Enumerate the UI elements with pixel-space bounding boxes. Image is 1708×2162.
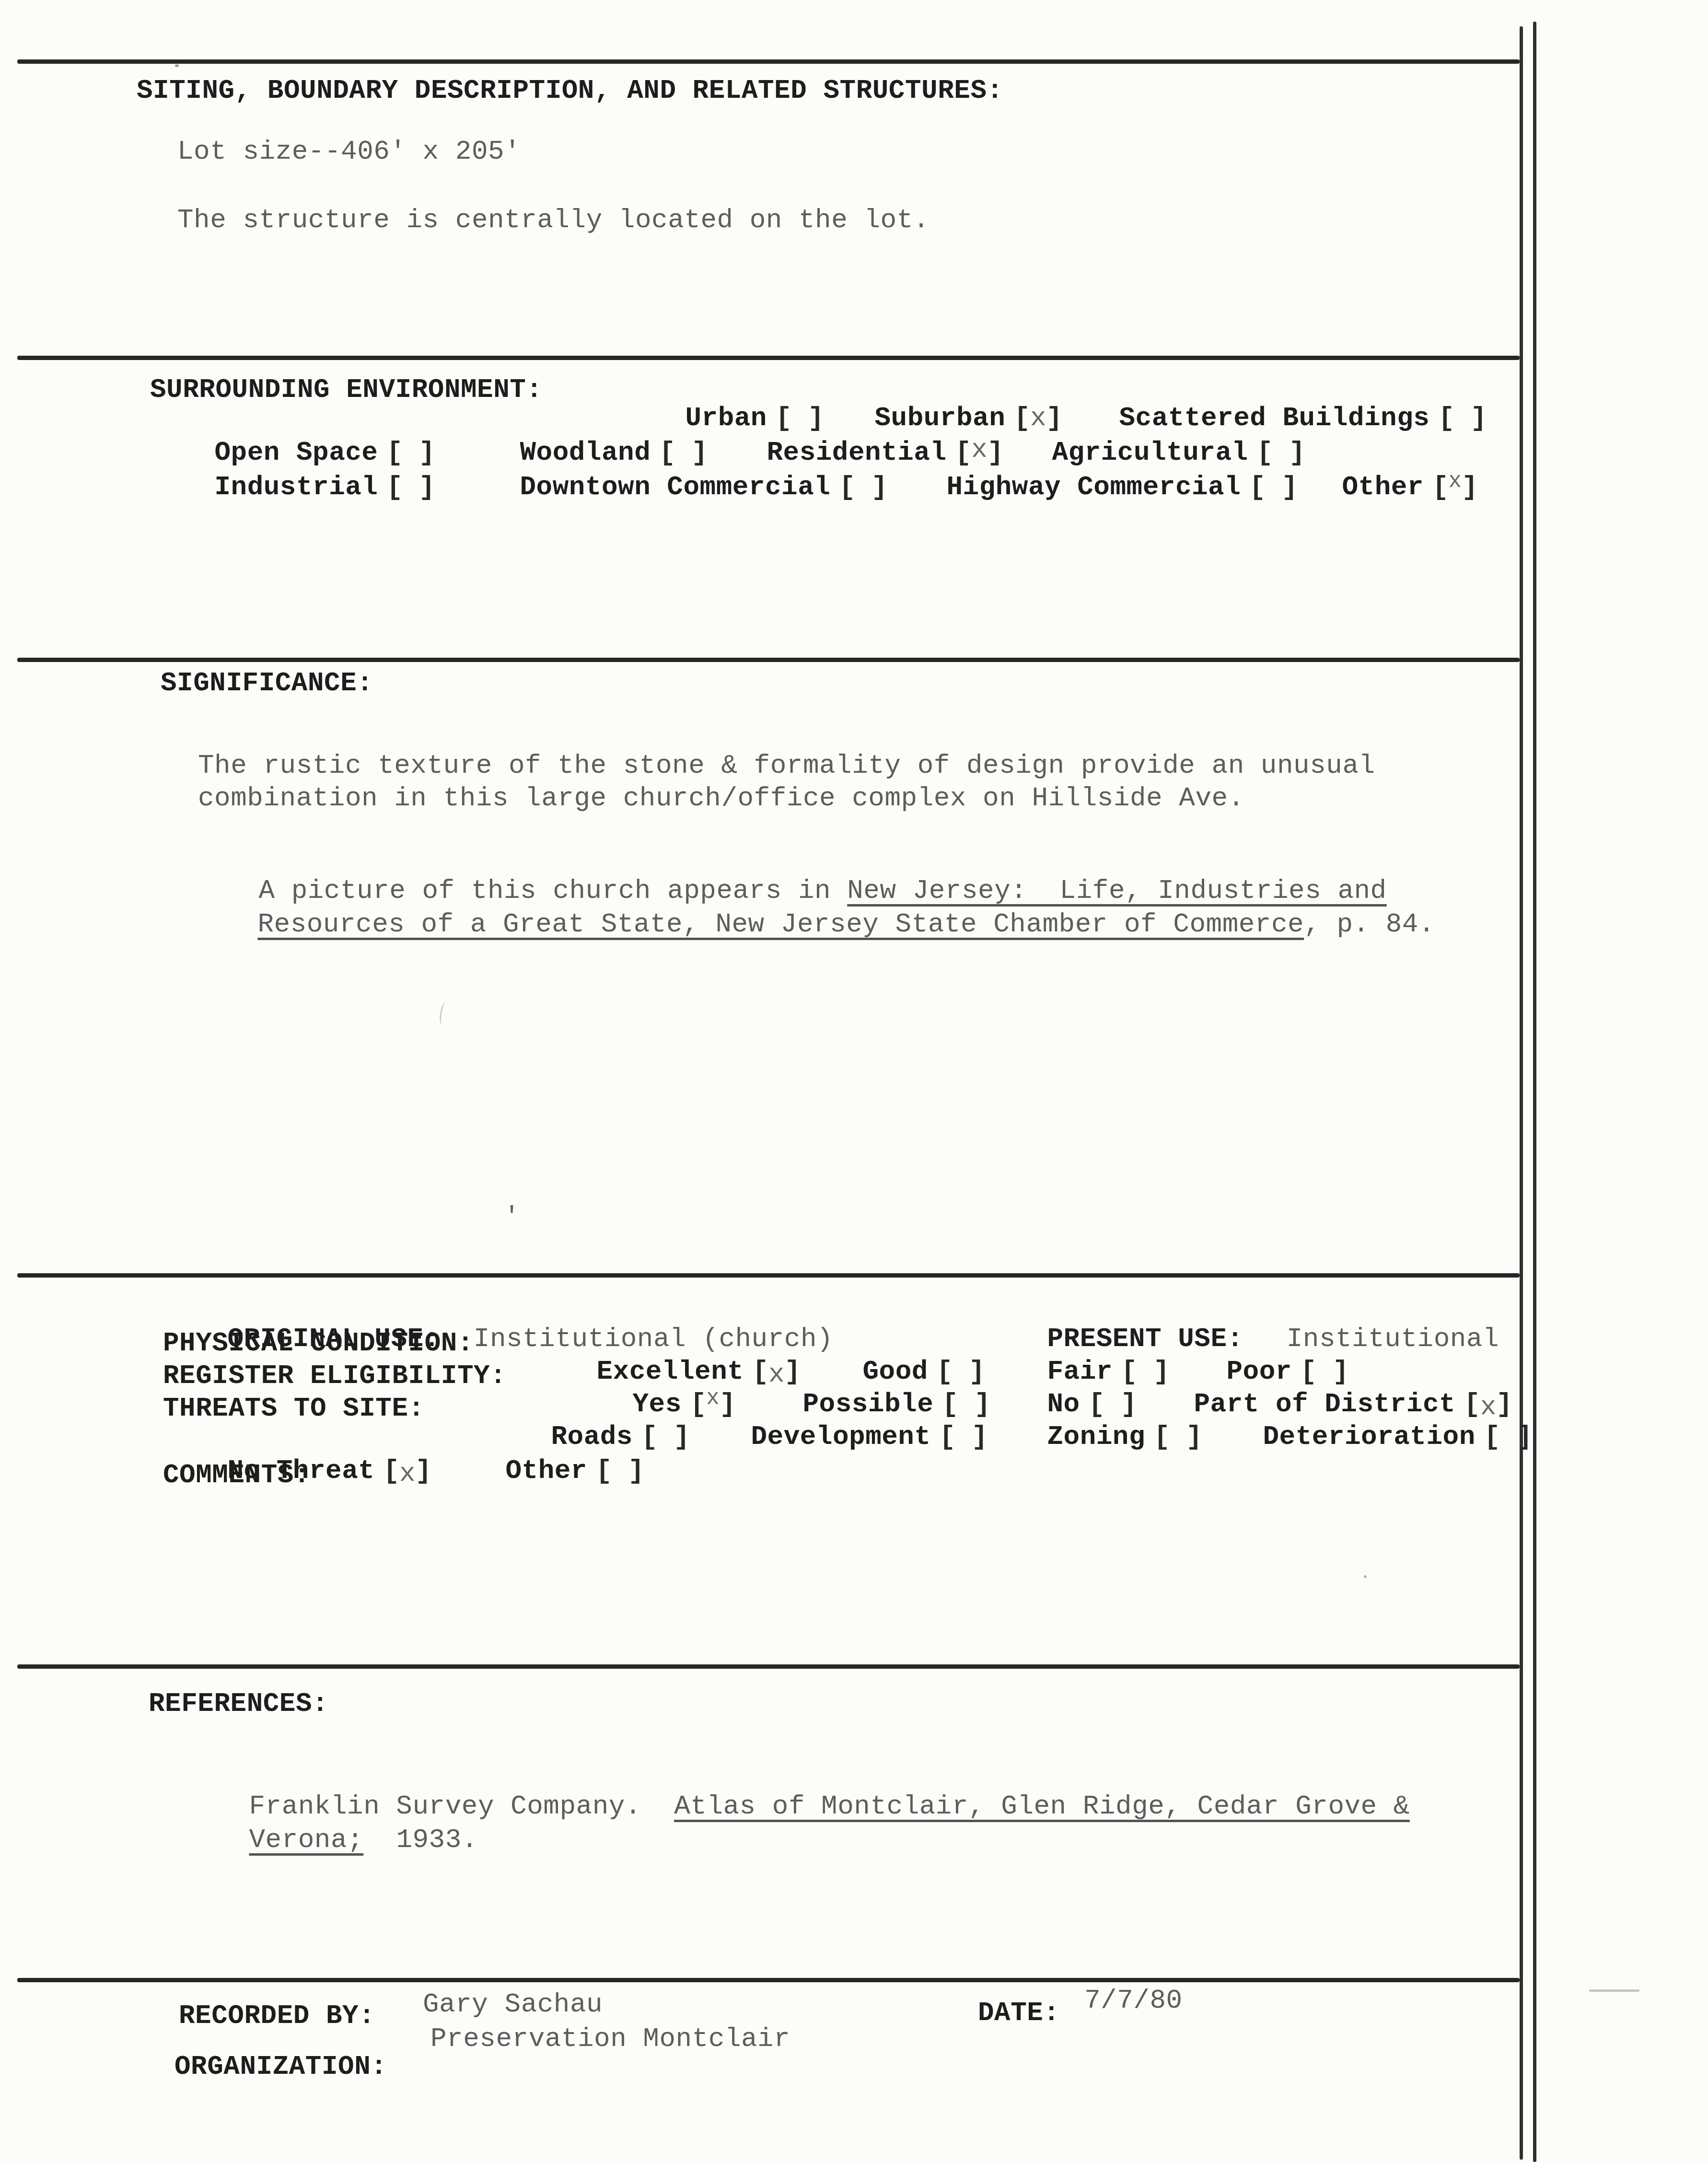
checkbox-industrial-box: [ ]: [386, 472, 435, 502]
significance-section-heading: SIGNIFICANCE:: [161, 669, 373, 697]
lot-size-value: Lot size--406' x 205': [177, 138, 521, 166]
section-divider-use: [17, 1273, 1520, 1278]
checkbox-industrial: Industrial[ ]: [150, 445, 435, 529]
checkbox-no-threat-box: [x]: [383, 1455, 431, 1486]
date-value: 7/7/80: [1084, 1987, 1183, 2015]
organization-value: Preservation Montclair: [430, 2025, 790, 2053]
checkbox-mark: [1500, 1423, 1516, 1451]
scanned-survey-form-page: ' SITING, BOUNDARY DESCRIPTION, AND RELA…: [0, 0, 1708, 2162]
checkbox-threat-other-label: Other: [505, 1455, 587, 1486]
checkbox-deterioration-label: Deterioration: [1263, 1421, 1475, 1452]
checkbox-threat-other-box: [ ]: [596, 1455, 644, 1486]
checkbox-industrial-label: Industrial: [214, 472, 378, 502]
siting-note: The structure is centrally located on th…: [177, 206, 930, 234]
section-divider-references: [17, 1664, 1520, 1669]
significance-paragraph1-line1: The rustic texture of the stone & formal…: [198, 752, 1375, 780]
checkbox-development-label: Development: [751, 1421, 930, 1452]
significance-paragraph2-line2: Resources of a Great State, New Jersey S…: [193, 882, 1435, 966]
checkbox-mark: x: [399, 1459, 416, 1488]
siting-section-heading: SITING, BOUNDARY DESCRIPTION, AND RELATE…: [137, 77, 1003, 105]
recorded-by-value: Gary Sachau: [423, 1990, 603, 2019]
checkbox-mark: [855, 473, 871, 501]
checkbox-mark: [612, 1457, 628, 1485]
reference-title-part1: Atlas of Montclair, Glen Ridge, Cedar Gr…: [674, 1791, 1410, 1822]
checkbox-mark: [1170, 1423, 1186, 1451]
checkbox-environment-other: Other[x]: [1278, 445, 1478, 529]
checkbox-scattered-buildings-box: [ ]: [1438, 403, 1487, 433]
book-page-ref: , p. 84.: [1304, 909, 1435, 940]
checkbox-environment-other-box: [x]: [1432, 472, 1478, 502]
physical-condition-label: PHYSICAL CONDITION:: [163, 1329, 474, 1358]
reference-year: 1933.: [363, 1825, 478, 1855]
references-section-heading: REFERENCES:: [149, 1690, 328, 1718]
checkbox-mark: x: [1449, 470, 1462, 493]
checkbox-mark: [955, 1423, 972, 1451]
reference-entry-line2: Verona; 1933.: [185, 1798, 478, 1882]
checkbox-zoning: Zoning[ ]: [983, 1395, 1202, 1479]
checkbox-development: Development[ ]: [686, 1395, 988, 1479]
checkbox-environment-other-label: Other: [1342, 472, 1424, 502]
checkbox-mark: [1454, 404, 1471, 432]
organization-label: ORGANIZATION:: [174, 2053, 387, 2081]
recorded-by-label: RECORDED BY:: [179, 2002, 375, 2030]
section-divider-footer: [17, 1978, 1520, 1982]
checkbox-zoning-label: Zoning: [1047, 1421, 1145, 1452]
section-divider-environment: [17, 356, 1520, 360]
scan-speck: [175, 64, 179, 67]
environment-section-heading: SURROUNDING ENVIRONMENT:: [150, 376, 543, 404]
checkbox-downtown-commercial-label: Downtown Commercial: [520, 472, 830, 502]
threats-to-site-label: THREATS TO SITE:: [163, 1395, 425, 1423]
checkbox-deterioration: Deterioration[ ]: [1198, 1395, 1533, 1479]
checkbox-zoning-box: [ ]: [1154, 1421, 1202, 1452]
stray-apostrophe-mark: ': [504, 1204, 520, 1231]
checkbox-downtown-commercial-box: [ ]: [839, 472, 887, 502]
checkbox-deterioration-box: [ ]: [1484, 1421, 1533, 1452]
date-label: DATE:: [978, 1999, 1060, 2027]
checkbox-roads-box: [ ]: [641, 1421, 690, 1452]
checkbox-threat-other: Other[ ]: [441, 1429, 644, 1513]
page-edge-line-inner: [1520, 26, 1523, 2160]
faint-margin-dash: [1589, 1989, 1639, 1992]
checkbox-mark: [403, 473, 419, 501]
scan-smudge: [439, 1002, 451, 1025]
checkbox-mark: [658, 1423, 674, 1451]
section-divider-significance: [17, 658, 1520, 662]
register-eligibility-label: REGISTER ELIGIBILITY:: [163, 1362, 506, 1390]
book-title-part2: Resources of a Great State, New Jersey S…: [257, 909, 1304, 940]
checkbox-highway-commercial-label: Highway Commercial: [946, 472, 1241, 502]
checkbox-downtown-commercial: Downtown Commercial[ ]: [455, 445, 887, 529]
checkbox-development-box: [ ]: [940, 1421, 988, 1452]
checkbox-highway-commercial: Highway Commercial[ ]: [882, 445, 1298, 529]
significance-paragraph1-line2: combination in this large church/office …: [198, 784, 1244, 813]
reference-title-part2: Verona;: [249, 1825, 363, 1855]
page-edge-line-outer: [1533, 22, 1536, 2162]
section-divider-top: [17, 59, 1520, 64]
scan-speck: [1364, 1575, 1367, 1578]
comments-label: COMMENTS:: [163, 1461, 310, 1489]
